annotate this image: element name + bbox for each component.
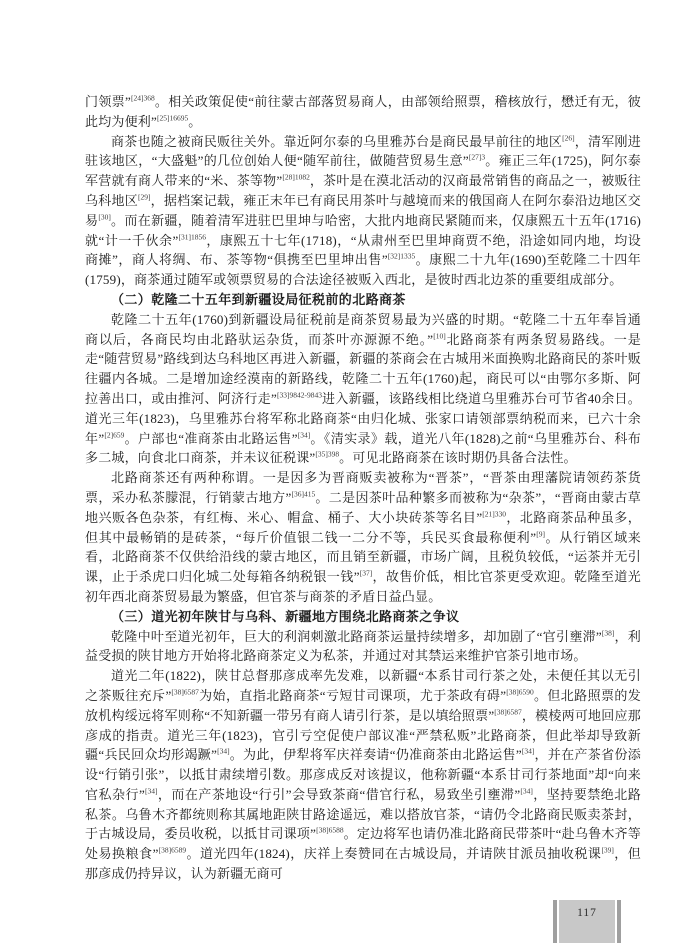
body-paragraph: 商茶也随之被商民贩往关外。靠近阿尔泰的乌里雅苏台是商民最早前往的地区[26]，清… xyxy=(85,132,641,290)
citation-ref: [38]6587 xyxy=(171,688,199,697)
citation-ref: [35]398 xyxy=(315,450,339,459)
citation-ref: [38] xyxy=(602,628,615,637)
citation-ref: [34] xyxy=(217,747,230,756)
citation-ref: [26] xyxy=(562,133,575,142)
citation-ref: [27]3 xyxy=(469,153,485,162)
body-paragraph: 门领票”[24]368。相关政策促使“前往蒙古部落贸易商人，由部领给照票，稽核放… xyxy=(85,92,641,132)
body-paragraph: 乾隆二十五年(1760)到新疆设局征税前是商茶贸易最为兴盛的时期。“乾隆二十五年… xyxy=(85,310,641,468)
citation-ref: [25]16695 xyxy=(157,113,188,122)
page-number: 117 xyxy=(577,907,597,919)
citation-ref: [30] xyxy=(98,212,111,221)
body-paragraph: 北路商茶还有两种称谓。一是因多为晋商贩卖被称为“晋茶”，“晋茶由理藩院请领药茶货… xyxy=(85,468,641,607)
page-footer: 117 xyxy=(553,900,621,943)
text-block: 门领票”[24]368。相关政策促使“前往蒙古部落贸易商人，由部领给照票，稽核放… xyxy=(85,92,641,884)
footer-right-bar xyxy=(617,900,621,943)
citation-ref: [37] xyxy=(360,569,373,578)
section-heading: （三）道光初年陕甘与乌科、新疆地方围绕北路商茶之争议 xyxy=(85,607,641,627)
citation-ref: [34] xyxy=(145,787,158,796)
citation-ref: [36]415 xyxy=(291,490,315,499)
citation-ref: [34] xyxy=(520,787,533,796)
citation-ref: [34] xyxy=(298,430,311,439)
citation-ref: [9] xyxy=(536,529,545,538)
citation-ref: [21]330 xyxy=(482,509,506,518)
citation-ref: [38]6587 xyxy=(494,707,522,716)
footer-page-number-box: 117 xyxy=(559,900,615,943)
body-paragraph: 乾隆中叶至道光初年，巨大的利润刺激北路商茶运量持续增多，却加剧了“官引壅滞”[3… xyxy=(85,627,641,667)
citation-ref: [34] xyxy=(522,747,535,756)
citation-ref: [32]1335 xyxy=(388,252,416,261)
body-paragraph: 道光二年(1822)，陕甘总督那彦成率先发难，以新疆“本系甘司行茶之处，未便任其… xyxy=(85,666,641,884)
citation-ref: [31]1856 xyxy=(178,232,206,241)
citation-ref: [2]659 xyxy=(104,430,124,439)
citation-ref: [38]6590 xyxy=(506,688,534,697)
citation-ref: [10] xyxy=(433,331,446,340)
citation-ref: [28]1082 xyxy=(282,173,310,182)
citation-ref: [29] xyxy=(138,193,151,202)
citation-ref: [33]9842-9843 xyxy=(277,391,322,400)
citation-ref: [39] xyxy=(601,846,614,855)
scanned-page: 门领票”[24]368。相关政策促使“前往蒙古部落贸易商人，由部领给照票，稽核放… xyxy=(0,0,700,943)
footer-left-bar xyxy=(553,900,557,943)
section-heading: （二）乾隆二十五年到新疆设局征税前的北路商茶 xyxy=(85,290,641,310)
citation-ref: [38]6589 xyxy=(159,846,187,855)
citation-ref: [24]368 xyxy=(131,94,155,103)
citation-ref: [38]6588 xyxy=(316,826,344,835)
